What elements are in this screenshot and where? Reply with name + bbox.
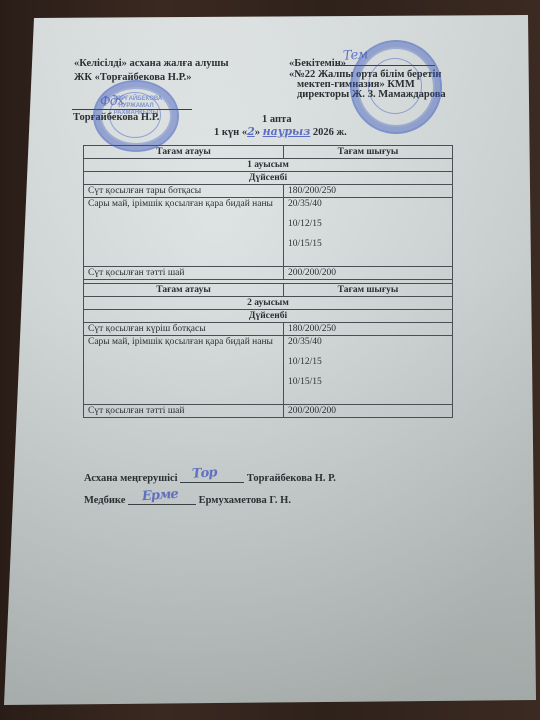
- portion-value: 200/200/200: [288, 268, 448, 278]
- portion-value: 200/200/200: [288, 406, 448, 416]
- weekday-label: Дүйсенбі: [84, 310, 453, 323]
- canteen-signature-line: Тор: [180, 472, 244, 483]
- signature-right: Тем: [343, 47, 368, 64]
- column-header: Тағам атауы: [84, 146, 284, 159]
- canteen-manager-name: Торғайбекова Н. Р.: [247, 473, 336, 484]
- portion-value: 10/12/15: [288, 357, 448, 367]
- portion-value: 10/12/15: [288, 219, 448, 229]
- portion-value: 10/15/15: [288, 239, 448, 249]
- shift-row: 2 ауысым: [84, 297, 453, 310]
- table-row: Сүт қосылған тәтті шай200/200/200: [84, 405, 453, 418]
- table-row: Сүт қосылған тәтті шай200/200/200: [84, 267, 453, 280]
- canteen-manager-label: Асхана меңгерушісі: [84, 473, 178, 484]
- canteen-signature: Тор: [192, 465, 217, 482]
- signature-left: Фдх: [100, 93, 124, 110]
- nurse-signature-line: Ерме: [128, 494, 196, 505]
- day-number: 2: [247, 125, 255, 138]
- day-mid: »: [255, 127, 260, 138]
- dish-name: Сүт қосылған тәтті шай: [84, 405, 284, 418]
- canteen-signature-row: Асхана меңгерушісі Тор Торғайбекова Н. Р…: [84, 472, 336, 484]
- shift-row: 1 ауысым: [84, 159, 453, 172]
- year: 2026 ж.: [313, 127, 347, 138]
- menu-table: Тағам атауыТағам шығуы1 ауысымДүйсенбіСү…: [83, 145, 453, 418]
- date-line: 1 күн «2» наурыз 2026 ж.: [214, 125, 347, 138]
- portion-value: 10/15/15: [288, 377, 448, 387]
- portion-value: 180/200/250: [288, 324, 448, 334]
- approved-title: «Бекітемін»: [289, 58, 346, 69]
- agreed-title: «Келісілді» асхана жалға алушы: [74, 58, 229, 69]
- dish-portion: 200/200/200: [284, 267, 453, 280]
- dish-name: Сары май, ірімшік қосылған қара бидай на…: [84, 198, 284, 267]
- dish-name: Сүт қосылған тәтті шай: [84, 267, 284, 280]
- table-row: Сары май, ірімшік қосылған қара бидай на…: [84, 198, 453, 267]
- portion-value: 20/35/40: [288, 337, 448, 347]
- dish-name: Сары май, ірімшік қосылған қара бидай на…: [84, 336, 284, 405]
- column-header-row: Тағам атауыТағам шығуы: [84, 284, 453, 297]
- weekday-row: Дүйсенбі: [84, 310, 453, 323]
- dish-portion: 20/35/4010/12/1510/15/15: [284, 198, 453, 267]
- day-prefix: 1 күн «: [214, 127, 247, 138]
- dish-name: Сүт қосылған күріш ботқасы: [84, 323, 284, 336]
- column-header: Тағам шығуы: [284, 146, 453, 159]
- dish-portion: 180/200/250: [284, 323, 453, 336]
- weekday-row: Дүйсенбі: [84, 172, 453, 185]
- table-row: Сүт қосылған күріш ботқасы180/200/250: [84, 323, 453, 336]
- month-handwritten: наурыз: [263, 125, 311, 138]
- column-header-row: Тағам атауыТағам шығуы: [84, 146, 453, 159]
- week-label: 1 апта: [262, 114, 292, 125]
- stamp-left: ТОРҒАЙБЕКОВА НУРЖАМАЛ РАХМАНҚЫЗЫ: [93, 80, 179, 152]
- nurse-signature-row: Медбике Ерме Ермухаметова Г. Н.: [84, 494, 291, 506]
- dish-portion: 180/200/250: [284, 185, 453, 198]
- weekday-label: Дүйсенбі: [84, 172, 453, 185]
- dish-portion: 20/35/4010/12/1510/15/15: [284, 336, 453, 405]
- column-header: Тағам шығуы: [284, 284, 453, 297]
- shift-label: 2 ауысым: [84, 297, 453, 310]
- portion-value: 20/35/40: [288, 199, 448, 209]
- column-header: Тағам атауы: [84, 284, 284, 297]
- dish-portion: 200/200/200: [284, 405, 453, 418]
- nurse-signature: Ерме: [142, 487, 179, 504]
- table-row: Сары май, ірімшік қосылған қара бидай на…: [84, 336, 453, 405]
- table-row: Сүт қосылған тары ботқасы180/200/250: [84, 185, 453, 198]
- dish-name: Сүт қосылған тары ботқасы: [84, 185, 284, 198]
- portion-value: 180/200/250: [288, 186, 448, 196]
- nurse-name: Ермухаметова Г. Н.: [199, 495, 291, 506]
- shift-label: 1 ауысым: [84, 159, 453, 172]
- nurse-label: Медбике: [84, 495, 125, 506]
